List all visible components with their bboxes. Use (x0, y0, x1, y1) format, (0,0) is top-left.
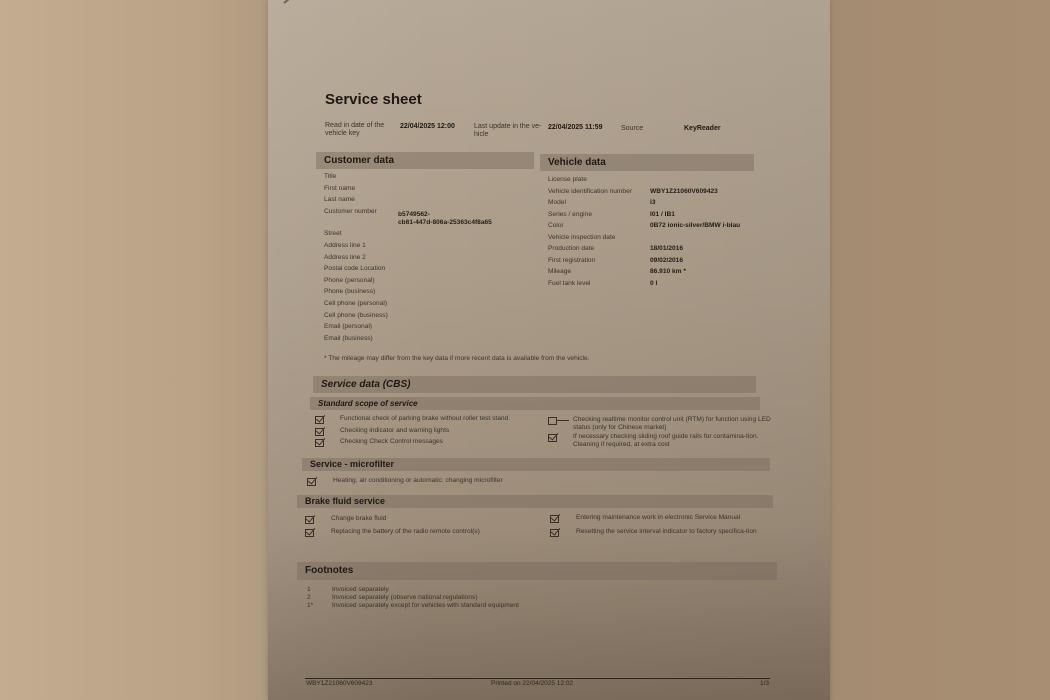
footnote-text: Invoiced separately (332, 586, 389, 593)
mileage-note: * The mileage may differ from the key da… (324, 355, 589, 362)
vehicle-field-value: 0 l (650, 280, 657, 287)
vehicle-field-value: WBY1Z21060V609423 (650, 188, 718, 195)
checklist-item-label: If necessary checking sliding roof guide… (573, 433, 783, 449)
vehicle-field-label: Production date (548, 245, 594, 252)
read-in-value: 22/04/2025 12:00 (400, 123, 455, 131)
vehicle-field-label: License plate (548, 176, 587, 183)
customer-field-label: Title (324, 173, 336, 180)
customer-field-label: Cell phone (business) (324, 312, 388, 319)
customer-field-label: Email (personal) (324, 323, 372, 330)
customer-field-label: Cell phone (personal) (324, 300, 387, 307)
checkbox-checked-icon[interactable] (305, 516, 314, 524)
vehicle-field-value: I01 / IB1 (650, 211, 675, 218)
checklist-item-label: Checking indicator and warning lights (340, 427, 540, 435)
footer-page: 1/3 (760, 680, 769, 687)
vehicle-field-label: Fuel tank level (548, 280, 591, 287)
customer-field-value: b5749562- (398, 211, 430, 218)
footnote-text: Invoiced separately except for vehicles … (332, 602, 519, 609)
customer-field-label: Phone (personal) (324, 277, 375, 284)
read-in-label: Read in date of the vehicle key (325, 122, 395, 138)
last-update-label: Last update in the ve-hicle (474, 123, 544, 139)
checkbox-checked-icon[interactable] (307, 478, 316, 486)
customer-field-label: Phone (business) (324, 288, 375, 295)
customer-field-label: Email (business) (324, 335, 373, 342)
page-title: Service sheet (325, 91, 422, 108)
customer-field-label: Address line 2 (324, 254, 366, 261)
source-label: Source (621, 125, 643, 133)
vehicle-field-label: Vehicle inspection date (548, 234, 615, 241)
service-data-heading: Service data (CBS) (313, 376, 756, 393)
customer-field-label: Customer number (324, 208, 377, 215)
checkbox-checked-icon[interactable] (305, 529, 314, 537)
vehicle-field-label: Series / engine (548, 211, 592, 218)
brake-fluid-heading: Brake fluid service (297, 495, 773, 508)
vehicle-data-heading: Vehicle data (540, 154, 754, 171)
vehicle-field-value: 09/02/2016 (650, 257, 683, 264)
vehicle-field-label: Model (548, 199, 566, 206)
vehicle-field-label: Color (548, 222, 564, 229)
checkbox-checked-icon[interactable] (315, 439, 324, 447)
checklist-item-label: Heating, air conditioning or automatic: … (333, 477, 633, 485)
customer-field-label: Last name (324, 196, 355, 203)
source-value: KeyReader (684, 125, 721, 133)
customer-field-label: First name (324, 185, 355, 192)
footnote-mark: 2 (307, 594, 311, 601)
footer-vin: WBY1Z21060V609423 (306, 680, 373, 687)
vehicle-field-value: 86.910 km * (650, 268, 686, 275)
customer-field-label: Postal code Location (324, 265, 385, 272)
footnote-mark: 1 (307, 586, 311, 593)
checkbox-checked-icon[interactable] (315, 416, 324, 424)
standard-scope-heading: Standard scope of service (310, 397, 760, 410)
checklist-item-label: Entering maintenance work in electronic … (576, 514, 776, 522)
footnote-text: Invoiced separately (observe national re… (332, 594, 478, 601)
vehicle-field-value: 18/01/2016 (650, 245, 683, 252)
customer-field-label: Street (324, 230, 342, 237)
checklist-item-label: Change brake fluid (331, 515, 551, 523)
checklist-item-label: Functional check of parking brake withou… (340, 415, 540, 423)
microfilter-heading: Service - microfilter (302, 458, 770, 471)
checkbox-checked-icon[interactable] (548, 434, 557, 442)
last-update-value: 22/04/2025 11:59 (548, 124, 603, 132)
checklist-item-label: Checking Check Control messages (340, 438, 540, 446)
vehicle-field-value: 0B72 ionic-silver/BMW i-blau (650, 222, 740, 229)
checkbox-checked-icon[interactable] (550, 529, 559, 537)
footnote-mark: 1* (307, 602, 313, 609)
vehicle-field-label: Mileage (548, 268, 571, 275)
footer-divider (305, 678, 770, 679)
vehicle-field-value: i3 (650, 199, 656, 206)
checkbox-checked-icon[interactable] (550, 515, 559, 523)
checkbox-checked-icon[interactable] (315, 428, 324, 436)
checklist-item-label: Checking realtime monitor control unit (… (573, 416, 783, 432)
footer-printed: Printed on 22/04/2025 12:02 (491, 680, 573, 687)
checklist-item-label: Resetting the service interval indicator… (576, 528, 776, 536)
checklist-item-label: Replacing the battery of the radio remot… (331, 528, 551, 536)
customer-field-label: Address line 1 (324, 242, 366, 249)
customer-field-value: cb61-447d-806a-25363c4f8a65 (398, 219, 492, 226)
vehicle-field-label: Vehicle identification number (548, 188, 632, 195)
customer-data-heading: Customer data (316, 152, 534, 169)
vehicle-field-label: First registration (548, 257, 595, 264)
footnotes-heading: Footnotes (297, 562, 777, 580)
checkbox-empty-icon[interactable] (548, 417, 557, 425)
